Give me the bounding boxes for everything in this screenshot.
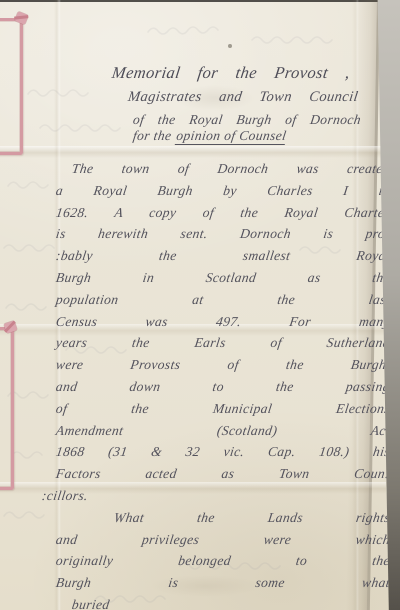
fold-crease-horizontal-1 [0,146,386,158]
title-line-magistrates: Magistrates and Town Council [126,86,359,109]
paper-top-edge [0,0,400,2]
manuscript-line: Census was 497. For many [54,311,391,333]
manuscript-line: population at the last [54,289,391,311]
manuscript-line: and privileges were which [54,529,391,551]
manuscript-line: 1868 (31 & 32 vic. Cap. 108.) his [54,441,391,463]
ink-speck [228,44,232,48]
manuscript-line: is herewith sent. Dornoch is pro: [54,223,391,245]
manuscript-line: Amendment (Scotland) Act [54,420,391,442]
document-page: Memorial for the Provost , Magistrates a… [0,0,400,610]
manuscript-line: a Royal Burgh by Charles I in [54,180,391,202]
manuscript-line: The town of Dornoch was created [54,158,391,180]
manuscript-line: originally belonged to the [54,550,391,572]
manuscript-line: years the Earls of Sutherland [54,332,391,354]
ribbon-knot-lower [4,321,18,334]
manuscript-line: and down to the passing [54,376,391,398]
manuscript-line: 1628. A copy of the Royal Charter [54,202,391,224]
manuscript-line: What the Lands rights [54,507,391,529]
title-line-memorial: Memorial for the Provost , [110,60,352,86]
manuscript-line: of the Municipal Elections [54,398,391,420]
title-line-royal-burgh: of the Royal Burgh of Dornoch [132,112,362,128]
manuscript-line: Factors acted as Town Coun: [54,463,391,485]
binding-ribbon-lower-loop [0,327,14,490]
memorial-title-block: Memorial for the Provost , Magistrates a… [112,60,360,144]
manuscript-line: buried [54,594,391,610]
title-opinion-underlined: opinion of Counsel [175,128,287,145]
manuscript-line: Burgh in Scotland as the [54,267,391,289]
title-opinion-prefix: for the [132,128,173,143]
manuscript-line: :bably the smallest Royal [54,245,391,267]
manuscript-line: Burgh is some what [54,572,391,594]
manuscript-line: :cillors. [40,485,391,507]
binding-ribbon-upper-loop [0,18,23,155]
manuscript-line: were Provosts of the Burgh, [54,354,391,376]
title-line-opinion-of-counsel: for theopinion of Counsel [132,128,306,144]
manuscript-body: The town of Dornoch was created a Royal … [56,158,390,610]
photo-background: Memorial for the Provost , Magistrates a… [0,0,400,610]
